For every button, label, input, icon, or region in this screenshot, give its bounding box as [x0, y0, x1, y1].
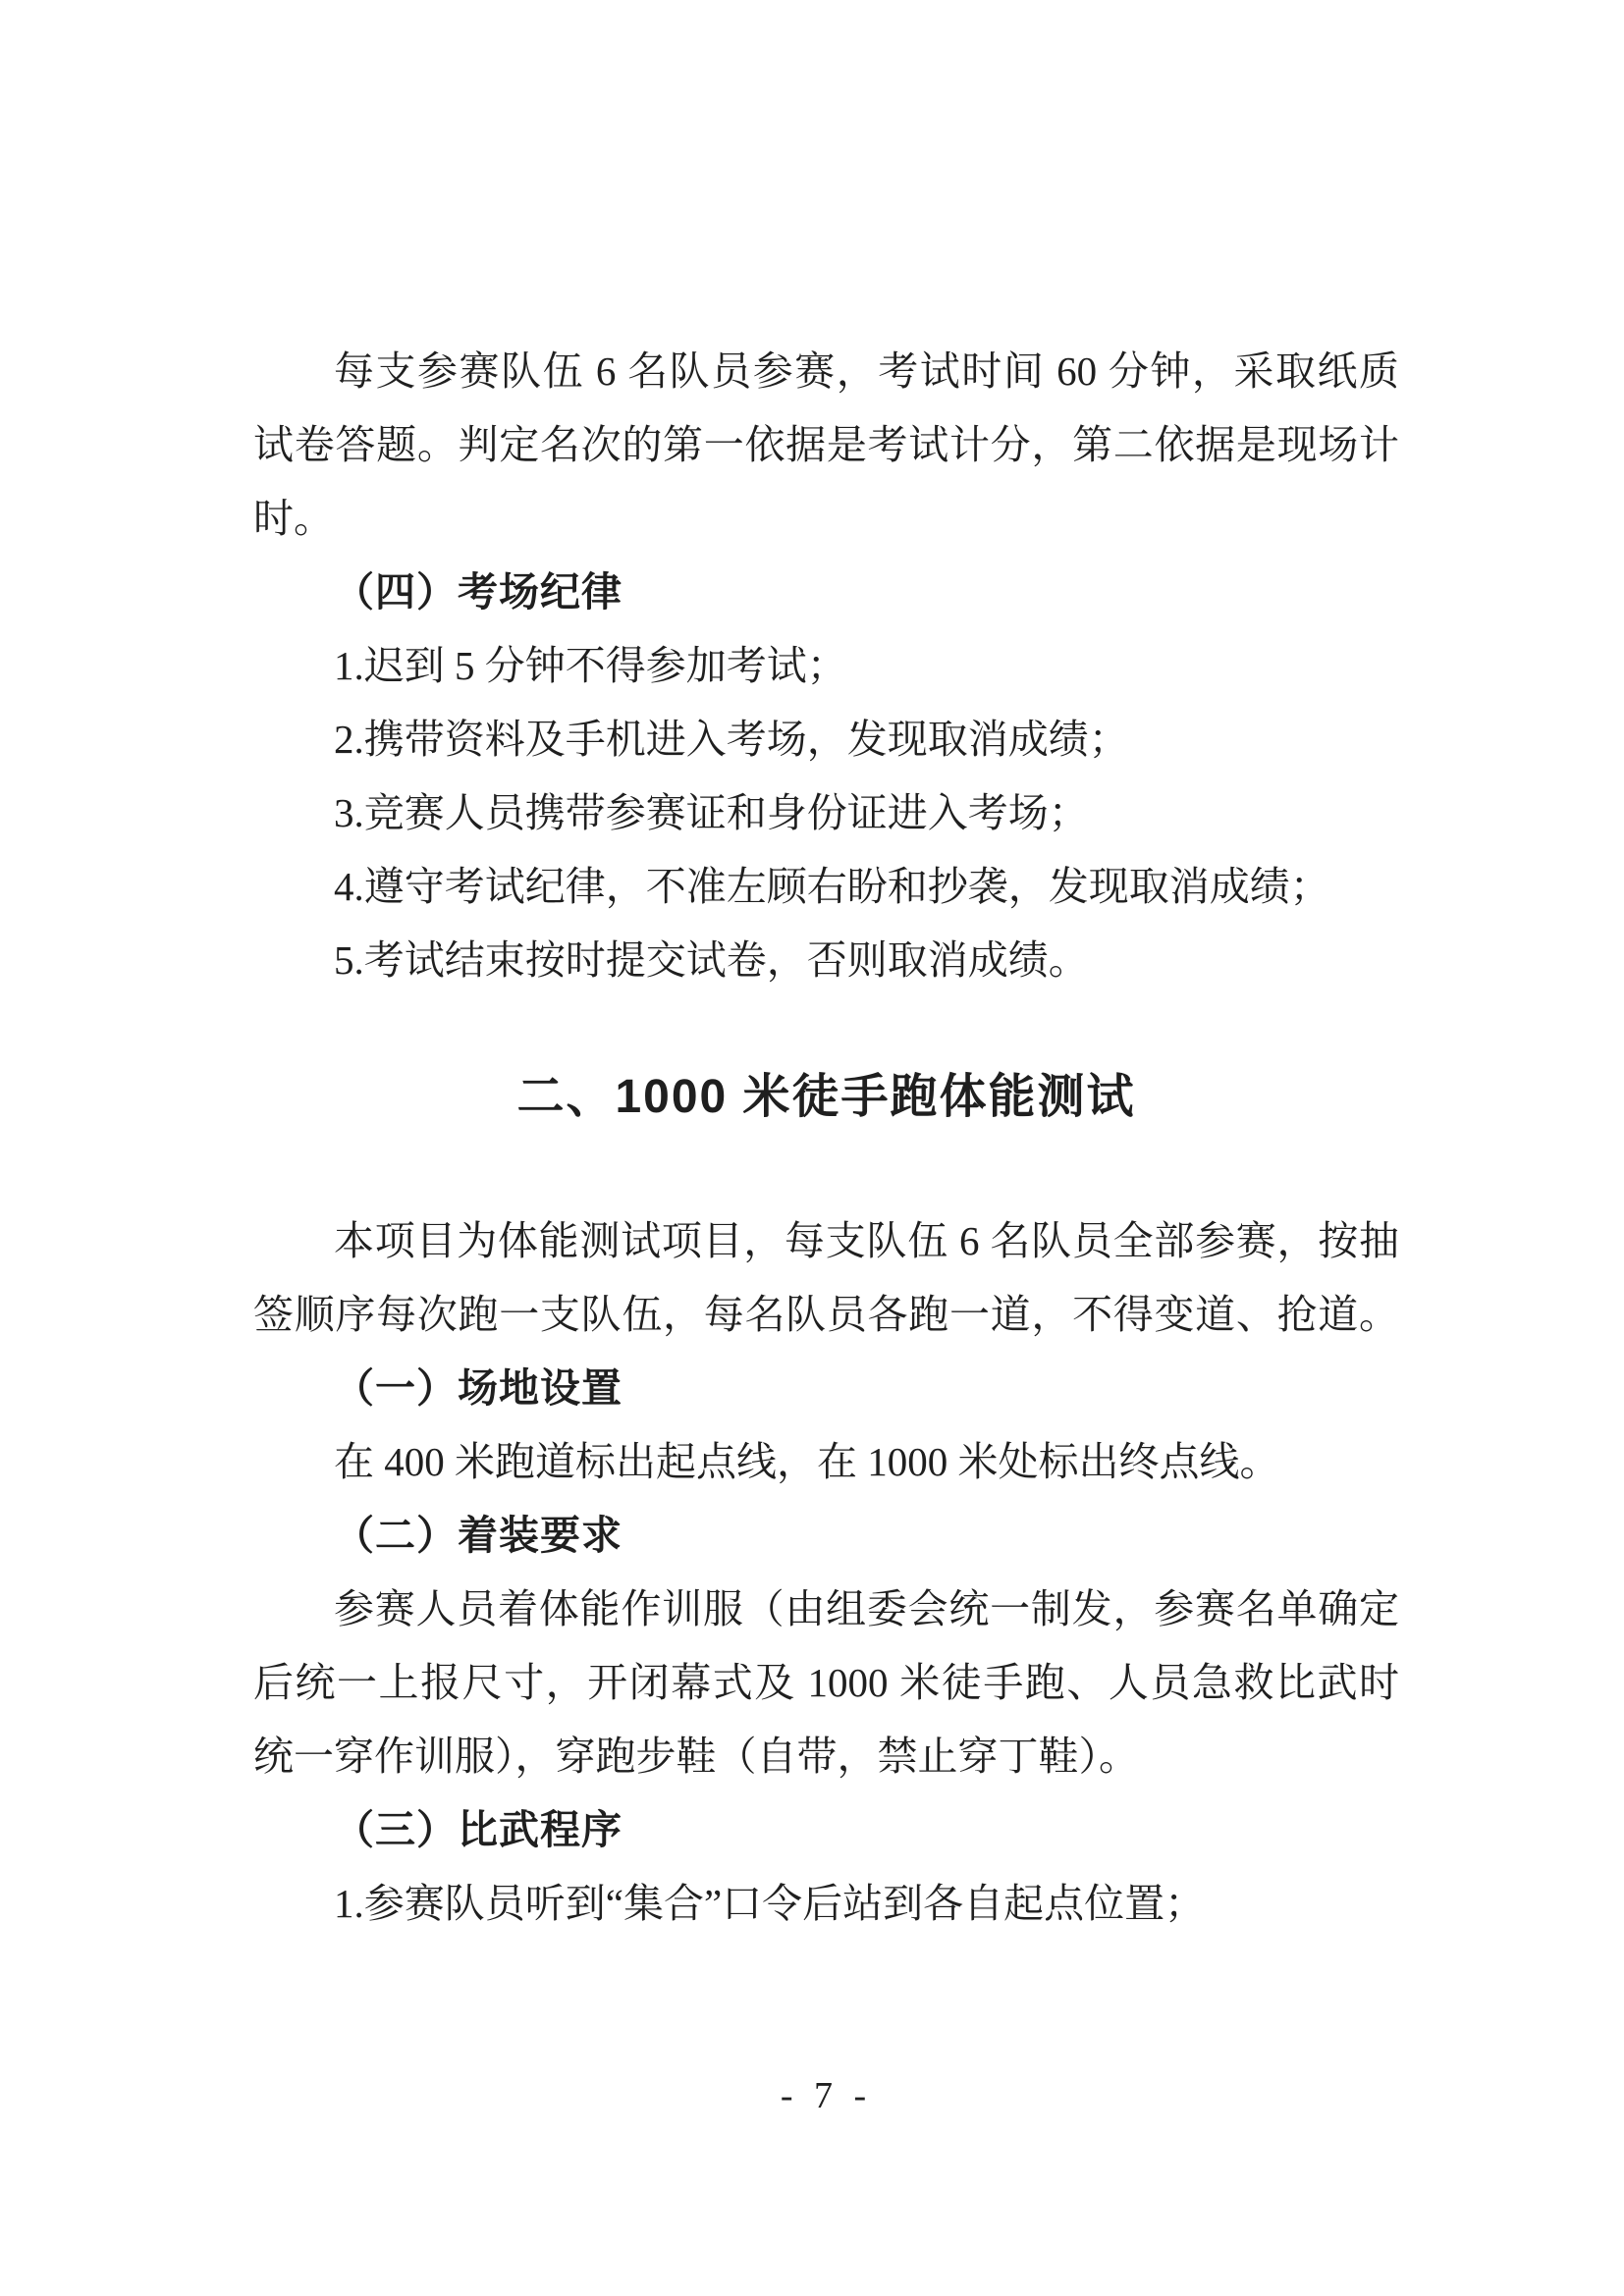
text-line: 后统一上报尺寸，开闭幕式及 1000 米徒手跑、人员急救比武时: [253, 1646, 1399, 1720]
subsection-heading: （一）场地设置: [253, 1352, 1399, 1425]
text-line: 在 400 米跑道标出起点线，在 1000 米处标出终点线。: [253, 1425, 1399, 1499]
page-number: - 7 -: [253, 2059, 1399, 2133]
text-line: 2.携带资料及手机进入考场，发现取消成绩；: [253, 703, 1399, 776]
text-line: 统一穿作训服），穿跑步鞋（自带，禁止穿丁鞋）。: [253, 1720, 1399, 1793]
text-line: 本项目为体能测试项目，每支队伍 6 名队员全部参赛，按抽: [253, 1204, 1399, 1278]
text-line: 1.迟到 5 分钟不得参加考试；: [253, 629, 1399, 703]
section-title: 二、1000 米徒手跑体能测试: [253, 1055, 1399, 1140]
document-body: 每支参赛队伍 6 名队员参赛，考试时间 60 分钟，采取纸质试卷答题。判定名次的…: [253, 335, 1399, 1941]
text-line: 4.遵守考试纪律，不准左顾右盼和抄袭，发现取消成绩；: [253, 850, 1399, 924]
text-line: 试卷答题。判定名次的第一依据是考试计分，第二依据是现场计: [253, 408, 1399, 482]
text-line: 每支参赛队伍 6 名队员参赛，考试时间 60 分钟，采取纸质: [253, 335, 1399, 408]
subsection-heading: （四）考场纪律: [253, 556, 1399, 629]
document-page: 每支参赛队伍 6 名队员参赛，考试时间 60 分钟，采取纸质试卷答题。判定名次的…: [0, 0, 1624, 2296]
text-line: 时。: [253, 482, 1399, 556]
text-line: 签顺序每次跑一支队伍，每名队员各跑一道，不得变道、抢道。: [253, 1278, 1399, 1352]
subsection-heading: （三）比武程序: [253, 1793, 1399, 1867]
text-line: 1.参赛队员听到“集合”口令后站到各自起点位置；: [253, 1867, 1399, 1941]
text-line: 3.竞赛人员携带参赛证和身份证进入考场；: [253, 776, 1399, 850]
text-line: 参赛人员着体能作训服（由组委会统一制发，参赛名单确定: [253, 1573, 1399, 1646]
subsection-heading: （二）着装要求: [253, 1499, 1399, 1573]
text-line: 5.考试结束按时提交试卷，否则取消成绩。: [253, 924, 1399, 997]
